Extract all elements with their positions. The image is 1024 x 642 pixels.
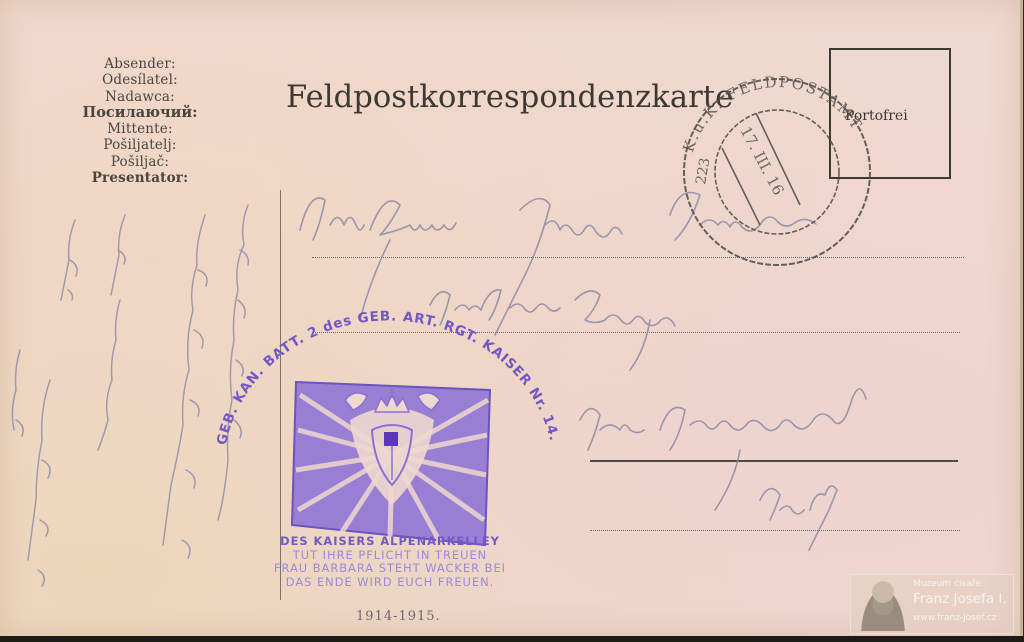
museum-watermark: Muzeum císaře Franz Josefa I. www.franz-…: [850, 574, 1014, 634]
stamp-box-label: Portofrei: [845, 108, 908, 124]
handwriting-address: [300, 193, 866, 551]
sender-label-hu: Presentator:: [60, 170, 220, 186]
unit-stamp-emblem: [292, 382, 490, 545]
sender-label-cz: Odesílatel:: [60, 72, 220, 88]
handwriting-sender: [12, 205, 248, 586]
unit-stamp-motto: DES KAISERS ALPENARKELLEY TUT IHRE PFLIC…: [220, 535, 560, 589]
address-line-1: [312, 257, 964, 258]
sender-label-hr: Pošiljač:: [60, 154, 220, 170]
watermark-line-2: Franz Josefa I.: [913, 591, 1007, 607]
motto-line-2: TUT IHRE PFLICHT IN TREUEN: [220, 549, 560, 563]
address-line-3: [590, 460, 958, 462]
sender-label-sl: Pošiljatelj:: [60, 137, 220, 153]
address-line-4: [590, 530, 960, 531]
sender-label-de: Absender:: [60, 56, 220, 72]
motto-line-4: DAS ENDE WIRD EUCH FREUEN.: [220, 576, 560, 590]
unit-stamp-arc: GEB. KAN. BATT. 2 des GEB. ART. RGT. KAI…: [214, 308, 562, 446]
stamp-box: Portofrei: [829, 48, 951, 179]
sender-label-it: Mittente:: [60, 121, 220, 137]
scan-edge: [0, 636, 1024, 642]
address-line-2: [312, 332, 960, 333]
watermark-line-1: Muzeum císaře: [913, 579, 981, 589]
svg-text:GEB. KAN. BATT. 2 des GEB. ART: GEB. KAN. BATT. 2 des GEB. ART. RGT. KAI…: [214, 308, 562, 446]
unit-stamp-years: 1914-1915.: [356, 609, 441, 624]
postmark-date: 17. III. 16: [736, 123, 787, 198]
postcard: Absender: Odesílatel: Nadawca: Посилаючи…: [0, 0, 1023, 636]
postmark-number: 223: [693, 157, 713, 186]
card-title: Feldpostkorrespondenzkarte: [286, 80, 733, 115]
sender-label-uk: Посилаючий:: [60, 105, 220, 121]
motto-line-1: DES KAISERS ALPENARKELLEY: [220, 535, 560, 549]
motto-line-3: FRAU BARBARA STEHT WACKER BEI: [220, 562, 560, 576]
portrait-icon: [855, 577, 911, 631]
sender-label-pl: Nadawca:: [60, 89, 220, 105]
watermark-url: www.franz-josef.cz: [913, 613, 996, 623]
sender-labels: Absender: Odesílatel: Nadawca: Посилаючи…: [60, 56, 220, 186]
